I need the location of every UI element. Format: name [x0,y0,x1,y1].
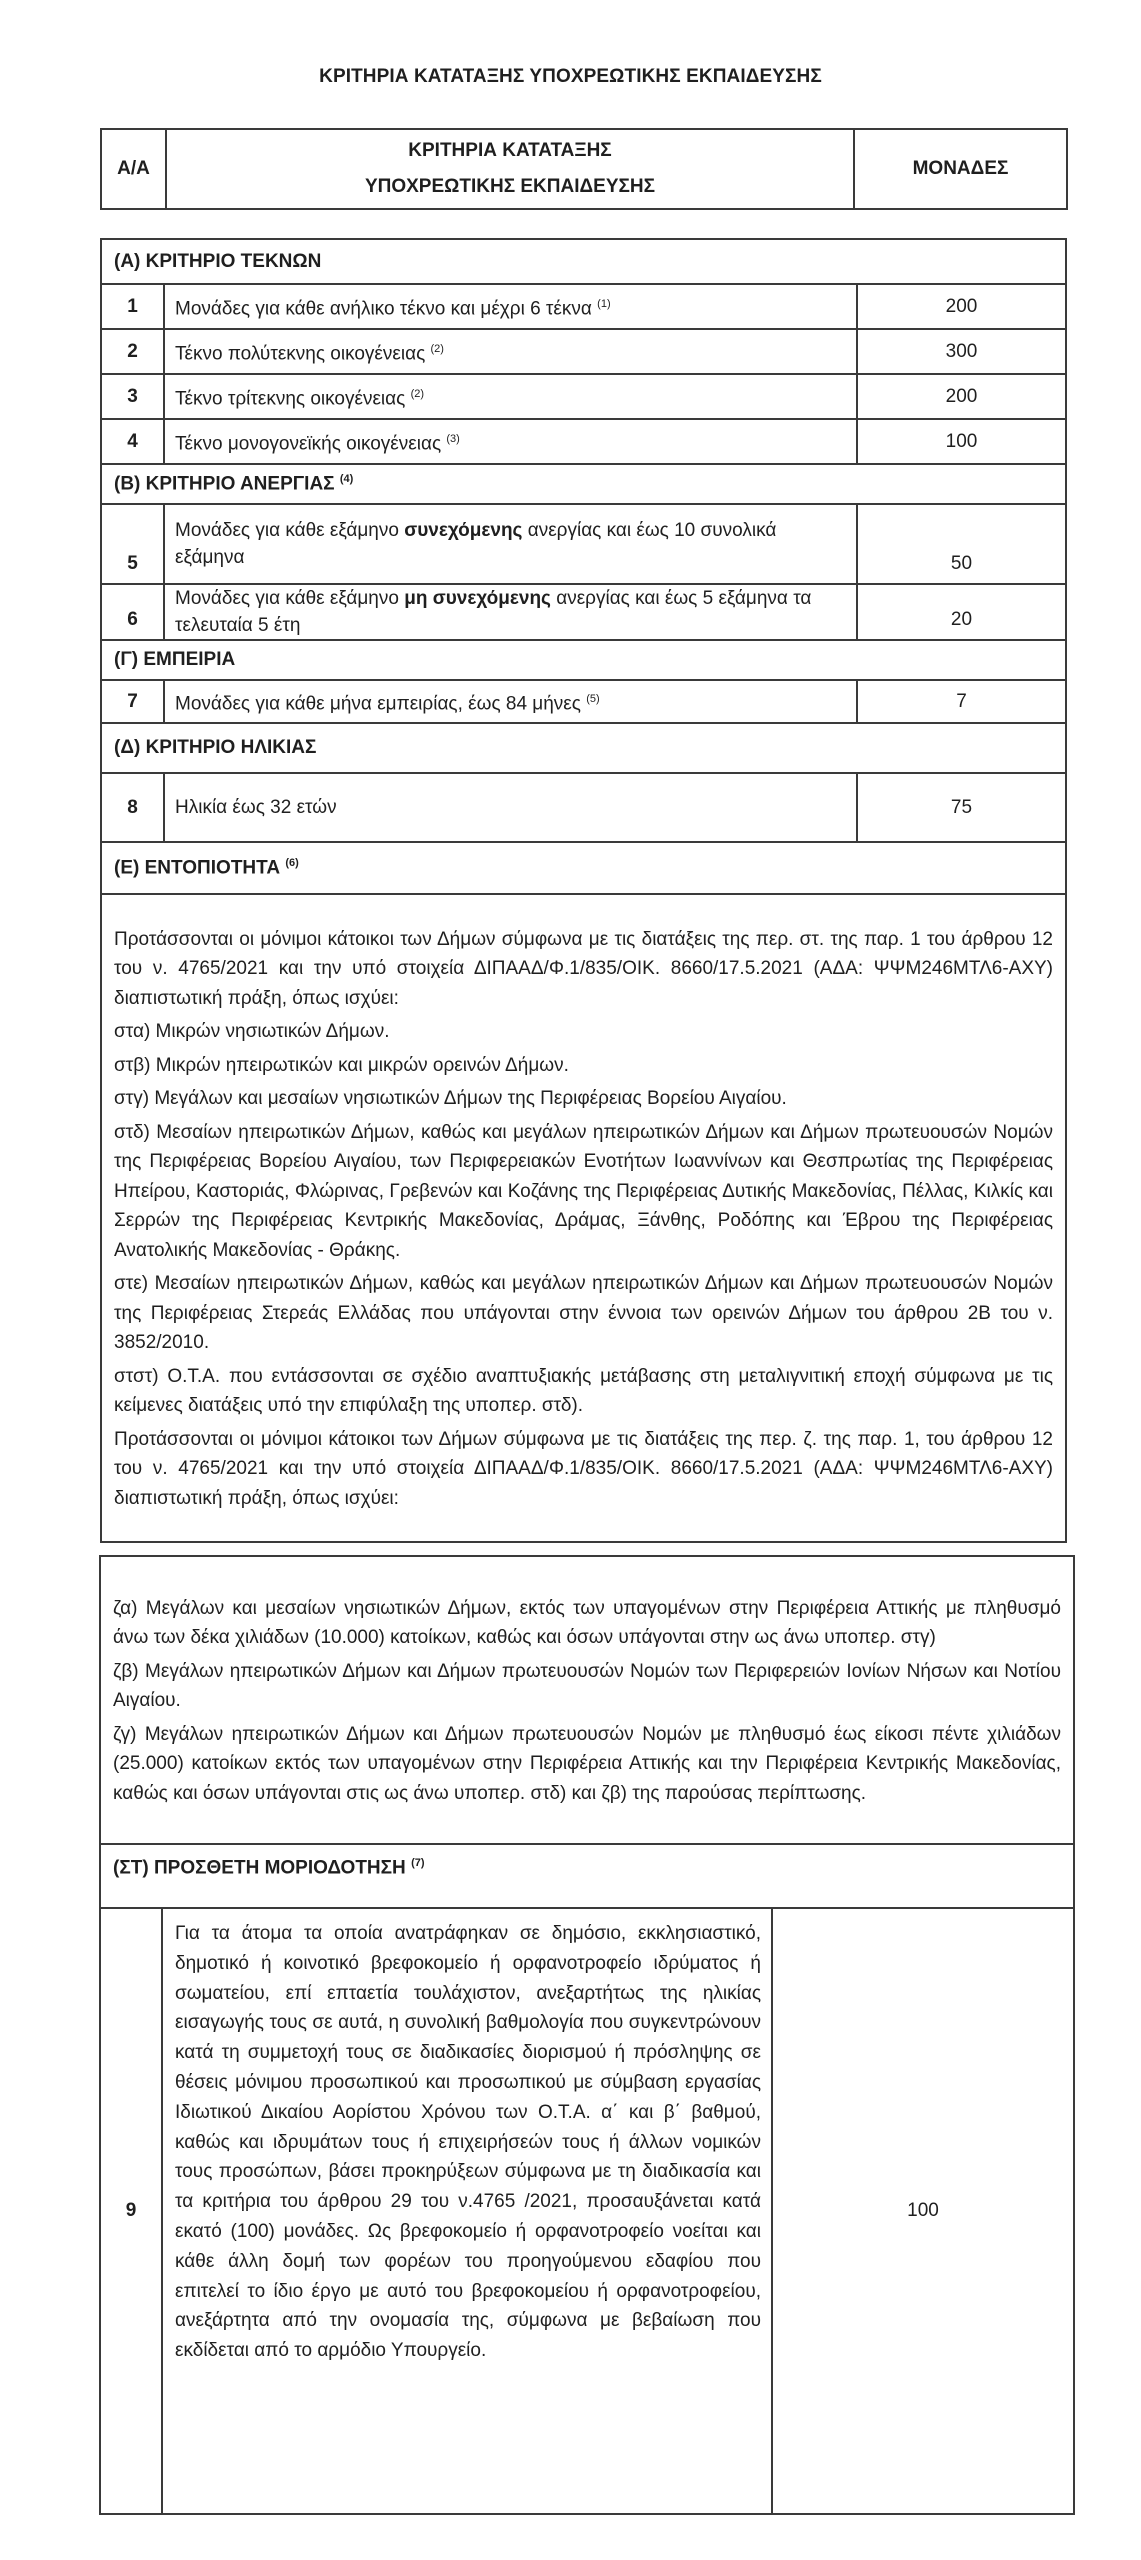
section-header-children: (Α) ΚΡΙΤΗΡΙΟ ΤΕΚΝΩΝ [101,239,1066,284]
row-description: Τέκνο μονογονεϊκής οικογένειας (3) [164,419,857,464]
locality-paragraph: ζβ) Μεγάλων ηπειρωτικών Δήμων και Δήμων … [113,1657,1061,1716]
locality-paragraph: στγ) Μεγάλων και μεσαίων νησιωτικών Δήμω… [114,1084,1053,1114]
row-number: 5 [101,504,164,584]
row-number: 6 [101,584,164,640]
locality-paragraph: στε) Μεσαίων ηπειρωτικών Δήμων, καθώς κα… [114,1269,1053,1358]
row-number: 4 [101,419,164,464]
locality-text-row: Προτάσσονται οι μόνιμοι κάτοικοι των Δήμ… [101,894,1066,1542]
row-points: 100 [857,419,1066,464]
footnote-ref: (2) [431,343,444,355]
row-description: Τέκνο πολύτεκνης οικογένειας (2) [164,329,857,374]
table-row: 7 Μονάδες για κάθε μήνα εμπειρίας, έως 8… [101,680,1066,723]
locality-paragraph: ζγ) Μεγάλων ηπειρωτικών Δήμων και Δήμων … [113,1720,1061,1809]
footnote-ref: (7) [411,1857,424,1869]
row-points: 20 [857,584,1066,640]
section-title: (Γ) ΕΜΠΕΙΡΙΑ [114,649,235,670]
table-row: 1 Μονάδες για κάθε ανήλικο τέκνο και μέχ… [101,284,1066,329]
footnote-ref: (4) [340,473,353,485]
footnote-ref: (5) [586,693,599,705]
row-description: Τέκνο τρίτεκνης οικογένειας (2) [164,374,857,419]
footnote-ref: (1) [597,298,610,310]
section-title: (Ε) ΕΝΤΟΠΙΟΤΗΤΑ [114,857,280,878]
footnote-ref: (3) [446,433,459,445]
document-title: ΚΡΙΤΗΡΙΑ ΚΑΤΑΤΑΞΗΣ ΥΠΟΧΡΕΩΤΙΚΗΣ ΕΚΠΑΙΔΕΥ… [0,66,1141,88]
section-header-additional: (ΣΤ) ΠΡΟΣΘΕΤΗ ΜΟΡΙΟΔΟΤΗΣΗ (7) [100,1844,1074,1908]
section-title: (Β) ΚΡΙΤΗΡΙΟ ΑΝΕΡΓΙΑΣ [114,473,335,494]
section-header-locality: (Ε) ΕΝΤΟΠΙΟΤΗΤΑ (6) [101,842,1066,894]
row-points: 300 [857,329,1066,374]
section-header-age: (Δ) ΚΡΙΤΗΡΙΟ ΗΛΙΚΙΑΣ [101,723,1066,773]
criteria-table: (Α) ΚΡΙΤΗΡΙΟ ΤΕΚΝΩΝ 1 Μονάδες για κάθε α… [100,238,1067,1543]
table-row: 2 Τέκνο πολύτεκνης οικογένειας (2) 300 [101,329,1066,374]
header-col-criteria-line2: ΥΠΟΧΡΕΩΤΙΚΗΣ ΕΚΠΑΙΔΕΥΣΗΣ [167,169,853,205]
locality-paragraph: στα) Μικρών νησιωτικών Δήμων. [114,1017,1053,1047]
row-number: 8 [101,773,164,842]
row-description: Μονάδες για κάθε εξάμηνο μη συνεχόμενης … [164,584,857,640]
locality-paragraph: στδ) Μεσαίων ηπειρωτικών Δήμων, καθώς κα… [114,1118,1053,1266]
section-title: (ΣΤ) ΠΡΟΣΘΕΤΗ ΜΟΡΙΟΔΟΤΗΣΗ [113,1857,406,1878]
locality-paragraph: ζα) Μεγάλων και μεσαίων νησιωτικών Δήμων… [113,1594,1061,1653]
row-description: Για τα άτομα τα οποία ανατράφηκαν σε δημ… [162,1908,772,2514]
locality-paragraph: στστ) Ο.Τ.Α. που εντάσσονται σε σχέδιο α… [114,1362,1053,1421]
locality-paragraph: στβ) Μικρών ηπειρωτικών και μικρών ορειν… [114,1051,1053,1081]
header-col-points: ΜΟΝΑΔΕΣ [854,129,1067,209]
table-row: 4 Τέκνο μονογονεϊκής οικογένειας (3) 100 [101,419,1066,464]
section-title: (Α) ΚΡΙΤΗΡΙΟ ΤΕΚΝΩΝ [114,251,321,272]
row-number: 1 [101,284,164,329]
locality-paragraph: Προτάσσονται οι μόνιμοι κάτοικοι των Δήμ… [114,925,1053,1014]
row-number: 9 [100,1908,162,2514]
row-description: Μονάδες για κάθε εξάμηνο συνεχόμενης ανε… [164,504,857,584]
header-col-criteria: ΚΡΙΤΗΡΙΑ ΚΑΤΑΤΑΞΗΣ ΥΠΟΧΡΕΩΤΙΚΗΣ ΕΚΠΑΙΔΕΥ… [166,129,854,209]
footnote-ref: (2) [411,388,424,400]
header-col-criteria-line1: ΚΡΙΤΗΡΙΑ ΚΑΤΑΤΑΞΗΣ [167,133,853,169]
locality-paragraph: Προτάσσονται οι μόνιμοι κάτοικοι των Δήμ… [114,1425,1053,1514]
table-row: 5 Μονάδες για κάθε εξάμηνο συνεχόμενης α… [101,504,1066,584]
row-description: Ηλικία έως 32 ετών [164,773,857,842]
section-header-unemployment: (Β) ΚΡΙΤΗΡΙΟ ΑΝΕΡΓΙΑΣ (4) [101,464,1066,504]
section-header-experience: (Γ) ΕΜΠΕΙΡΙΑ [101,640,1066,680]
section-title: (Δ) ΚΡΙΤΗΡΙΟ ΗΛΙΚΙΑΣ [114,737,316,758]
row-number: 3 [101,374,164,419]
table-row: 6 Μονάδες για κάθε εξάμηνο μη συνεχόμενη… [101,584,1066,640]
row-points: 100 [772,1908,1074,2514]
row-description: Μονάδες για κάθε ανήλικο τέκνο και μέχρι… [164,284,857,329]
header-col-aa: Α/Α [101,129,166,209]
row-number: 7 [101,680,164,723]
header-table: Α/Α ΚΡΙΤΗΡΙΑ ΚΑΤΑΤΑΞΗΣ ΥΠΟΧΡΕΩΤΙΚΗΣ ΕΚΠΑ… [100,128,1068,210]
row-points: 75 [857,773,1066,842]
table-row: 9 Για τα άτομα τα οποία ανατράφηκαν σε δ… [100,1908,1074,2514]
criteria-table-continued: ζα) Μεγάλων και μεσαίων νησιωτικών Δήμων… [99,1555,1075,2515]
row-points: 7 [857,680,1066,723]
table-row: 8 Ηλικία έως 32 ετών 75 [101,773,1066,842]
row-points: 50 [857,504,1066,584]
row-points: 200 [857,374,1066,419]
locality-text-row: ζα) Μεγάλων και μεσαίων νησιωτικών Δήμων… [100,1556,1074,1844]
row-number: 2 [101,329,164,374]
row-points: 200 [857,284,1066,329]
row-description: Μονάδες για κάθε μήνα εμπειρίας, έως 84 … [164,680,857,723]
table-row: 3 Τέκνο τρίτεκνης οικογένειας (2) 200 [101,374,1066,419]
footnote-ref: (6) [285,857,298,869]
